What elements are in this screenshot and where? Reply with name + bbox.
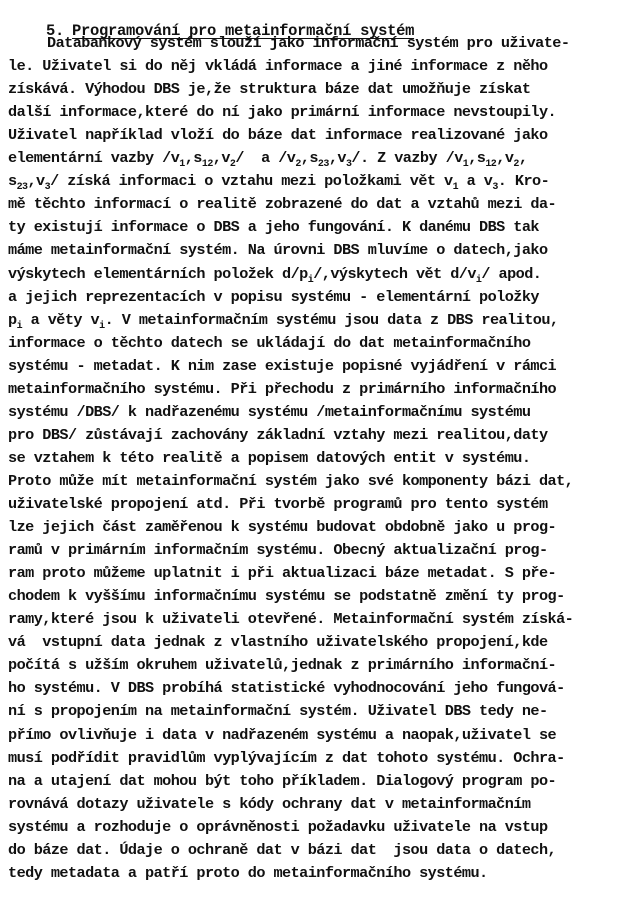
text-line: ho systému. V DBS probíhá statistické vy… bbox=[8, 679, 565, 697]
text-line: Proto může mít metainformační systém jak… bbox=[8, 472, 573, 490]
text-line: ty existují informace o DBS a jeho fungo… bbox=[8, 218, 539, 236]
text-line: mě těchto informací o realitě zobrazené … bbox=[8, 195, 556, 213]
text-line: ramů v primárním informačním systému. Ob… bbox=[8, 541, 548, 559]
text-line: počítá s užším okruhem uživatelů,jednak … bbox=[8, 656, 556, 674]
text-line: le. Uživatel si do něj vkládá informace … bbox=[8, 57, 548, 75]
text-line: další informace,které do ní jako primárn… bbox=[8, 103, 556, 121]
text-line: výskytech elementárních položek d/pi/,vý… bbox=[8, 265, 541, 283]
text-line: se vztahem k této realitě a popisem dato… bbox=[8, 449, 530, 467]
text-line: do báze dat. Údaje o ochraně dat v bázi … bbox=[8, 841, 556, 859]
text-line: ramy,které jsou k uživateli otevřené. Me… bbox=[8, 610, 573, 628]
text-line: vá vstupní data jednak z vlastního uživa… bbox=[8, 633, 548, 651]
text-line: metainformačního systému. Při přechodu z… bbox=[8, 380, 556, 398]
text-line: rovnává dotazy uživatele s kódy ochrany … bbox=[8, 795, 530, 813]
text-line: pro DBS/ zůstávají zachovány základní vz… bbox=[8, 426, 548, 444]
text-line: musí podřídit pravidlům vyplývajícím z d… bbox=[8, 749, 565, 767]
document-page: 5.Programování pro metainformační systém… bbox=[0, 0, 640, 898]
text-line: Databankový systém slouží jako informačn… bbox=[47, 34, 569, 52]
text-line: tedy metadata a patří proto do metainfor… bbox=[8, 864, 488, 882]
text-line: získává. Výhodou DBS je,že struktura báz… bbox=[8, 80, 530, 98]
text-line: Uživatel například vloží do báze dat inf… bbox=[8, 126, 548, 144]
text-line: máme metainformační systém. Na úrovni DB… bbox=[8, 241, 548, 259]
text-line: informace o těchto datech se ukládají do… bbox=[8, 334, 530, 352]
text-line: systému /DBS/ k nadřazenému systému /met… bbox=[8, 403, 530, 421]
text-line: přímo ovlivňuje i data v nadřazeném syst… bbox=[8, 726, 556, 744]
text-line: systému a rozhoduje o oprávněnosti požad… bbox=[8, 818, 548, 836]
text-line: chodem k vyššímu informačnímu systému se… bbox=[8, 587, 565, 605]
text-line: pi a věty vi. V metainformačním systému … bbox=[8, 311, 558, 329]
text-line: ram proto můžeme uplatnit i při aktualiz… bbox=[8, 564, 556, 582]
text-line: lze jejich část zaměřenou k systému budo… bbox=[8, 518, 556, 536]
text-line: uživatelské propojení atd. Při tvorbě pr… bbox=[8, 495, 548, 513]
text-line: systému - metadat. K nim zase existuje p… bbox=[8, 357, 556, 375]
text-line: na a utajení dat mohou být toho příklade… bbox=[8, 772, 556, 790]
text-line: ní s propojením na metainformační systém… bbox=[8, 702, 548, 720]
text-line: s23,v3/ získá informaci o vztahu mezi po… bbox=[8, 172, 549, 190]
text-line: a jejich reprezentacích v popisu systému… bbox=[8, 288, 539, 306]
text-line: elementární vazby /v1,s12,v2/ a /v2,s23,… bbox=[8, 149, 527, 167]
